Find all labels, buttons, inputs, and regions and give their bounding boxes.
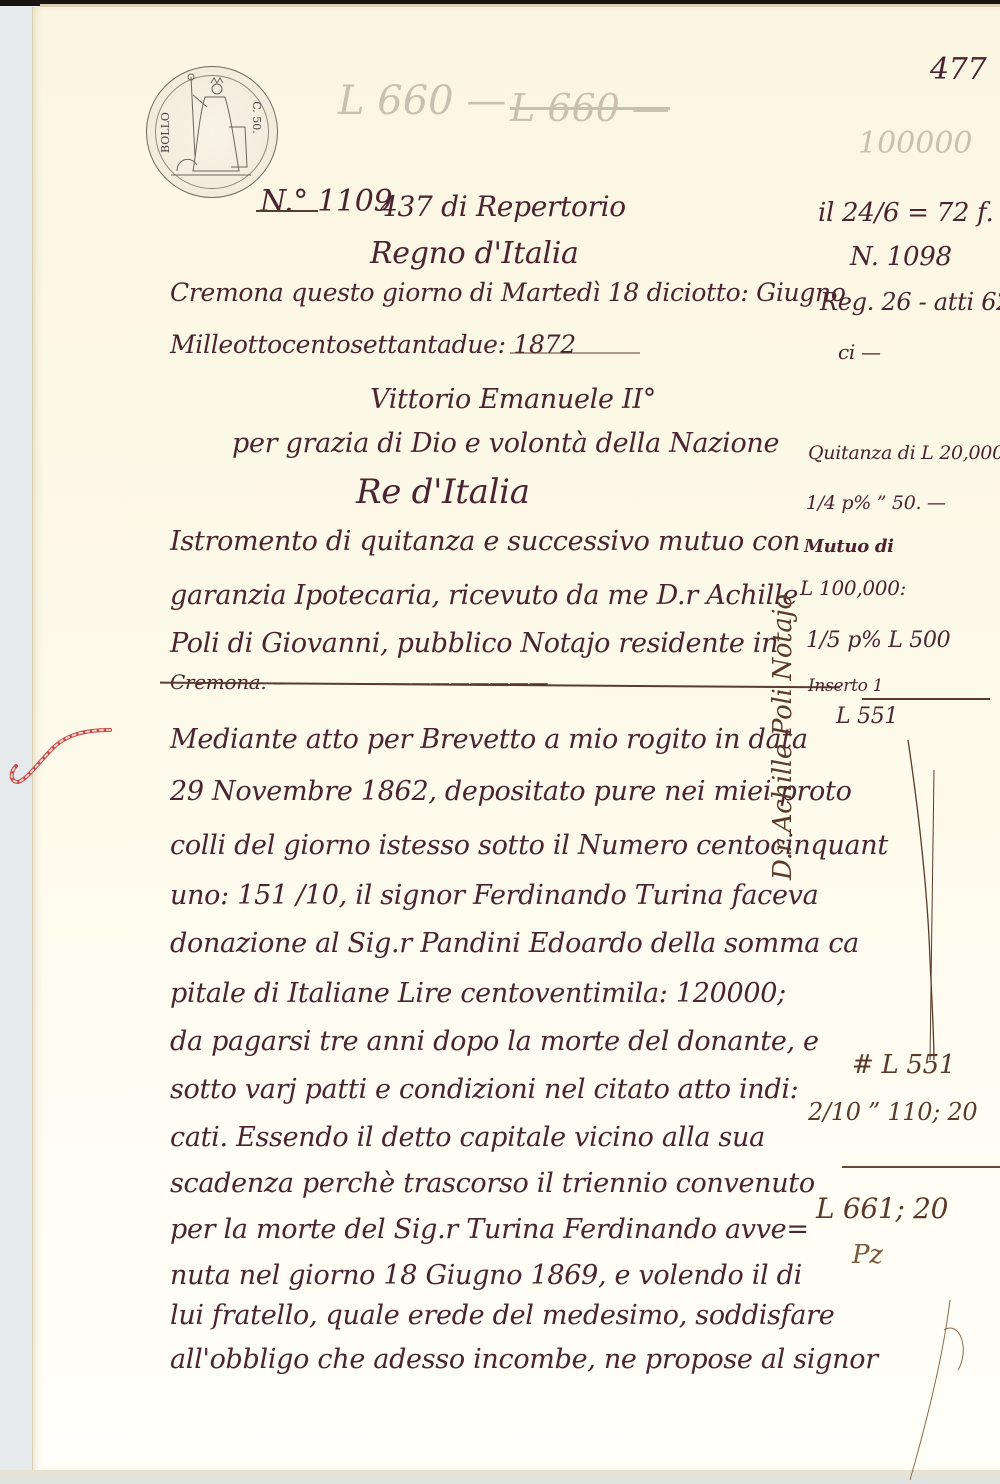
sum-rule [862, 698, 990, 700]
paper-bottom-shadow [0, 1470, 1000, 1484]
body-line: 29 Novembre 1862, depositato pure nei mi… [170, 776, 852, 807]
page-number: 477 [930, 52, 986, 87]
stamp-value-label: C. 50. [250, 101, 263, 134]
deed-number: N.° 1109 [260, 184, 392, 219]
registration-note: il 24/6 = 72 f. 173 [818, 198, 1000, 228]
body-line: per la morte del Sig.r Turina Ferdinando… [170, 1214, 809, 1245]
tax-calc-line: Inserto 1 [808, 676, 883, 696]
total-rule [842, 1166, 1000, 1168]
king-name: Vittorio Emanuele II° [370, 384, 656, 415]
body-line: per grazia di Dio e volontà della Nazion… [232, 428, 779, 459]
king-title: Re d'Italia [356, 472, 530, 512]
body-line: Milleottocentosettantadue: 1872 [170, 330, 576, 359]
kingdom-heading: Regno d'Italia [370, 236, 579, 271]
tax-calc-line: 2/10 ” 110; 20 [808, 1098, 977, 1126]
body-line: all'obbligo che adesso incombe, ne propo… [170, 1344, 878, 1375]
body-line: da pagarsi tre anni dopo la morte del do… [170, 1026, 819, 1057]
notary-signature: D.r Achille Poli Notajo [768, 594, 798, 880]
body-line: sotto varj patti e condizioni nel citato… [170, 1074, 798, 1105]
registration-note: N. 1098 [850, 242, 952, 272]
tax-calc-line: 1/4 p% ” 50. — [806, 492, 946, 514]
repertorio-number: 437 di Repertorio [380, 190, 626, 223]
body-line: lui fratello, quale erede del medesimo, … [170, 1300, 834, 1331]
pencil-amount: L 660 — [338, 78, 506, 124]
tax-calc-line: Mutuo di [804, 536, 894, 557]
scanned-document: BOLLO C. 50. L 660 — L 660 — 100000 477 … [0, 0, 1000, 1484]
body-line: pitale di Italiane Lire centoventimila: … [170, 978, 786, 1009]
pencil-amount-struck: L 660 — [510, 86, 670, 130]
pen-stroke-icon [900, 1290, 980, 1480]
body-line: nuta nel giorno 18 Giugno 1869, e volend… [170, 1260, 802, 1291]
number-underline [256, 210, 318, 212]
stamp-label-bollo: BOLLO [159, 112, 172, 153]
tax-calc-subtotal: L 551 [836, 704, 898, 729]
crossed-out-text [510, 352, 640, 354]
signature-flourish-icon [900, 740, 940, 1060]
body-line: scadenza perchè trascorso il triennio co… [170, 1168, 815, 1199]
body-line: Mediante atto per Brevetto a mio rogito … [170, 724, 808, 755]
body-line: garanzia Ipotecaria, ricevuto da me D.r … [170, 580, 798, 611]
tax-calc-line: Quitanza di L 20,000 [808, 442, 1000, 464]
initials: Pz [852, 1240, 883, 1270]
body-line: uno: 151 /10, il signor Ferdinando Turin… [170, 880, 818, 911]
body-line: Istromento di quitanza e successivo mutu… [170, 526, 800, 557]
pencil-note-top-right: 100000 [858, 126, 973, 161]
tax-calc-total: L 661; 20 [816, 1192, 948, 1225]
revenue-stamp: BOLLO C. 50. [146, 66, 278, 198]
registration-note: ci — [838, 340, 881, 364]
tax-calc-line: 1/5 p% L 500 [806, 628, 950, 653]
body-line: Poli di Giovanni, pubblico Notajo reside… [170, 628, 778, 659]
body-line: cati. Essendo il detto capitale vicino a… [170, 1122, 765, 1153]
binding-string-icon [6, 720, 116, 790]
body-line: donazione al Sig.r Pandini Edoardo della… [170, 928, 859, 959]
body-line: Cremona questo giorno di Martedì 18 dici… [170, 278, 846, 307]
registration-note: Reg. 26 - atti 62 [820, 288, 1000, 316]
tax-calc-line: L 100,000: [800, 576, 906, 600]
